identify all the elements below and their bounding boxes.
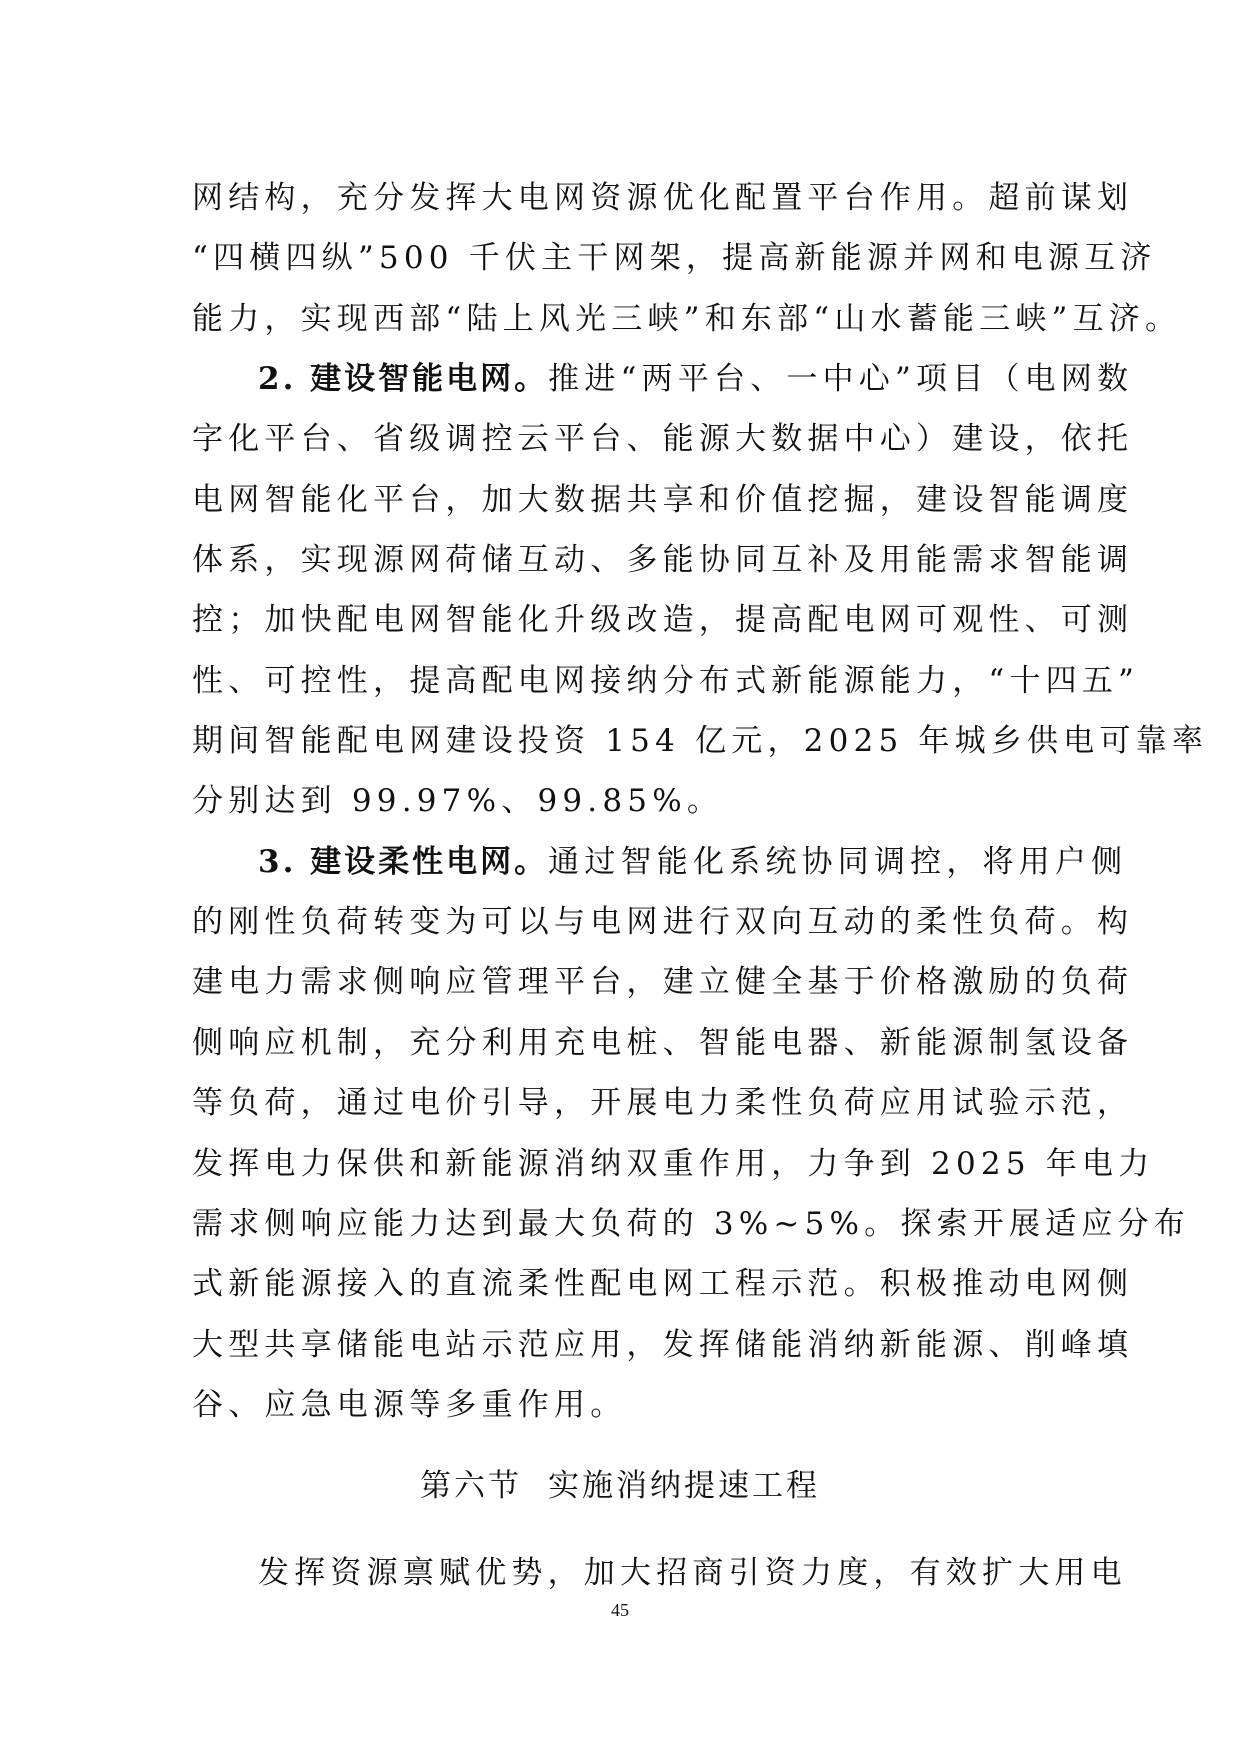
text-line: 控；加快配电网智能化升级改造，提高配电网可观性、可测: [192, 590, 1052, 650]
text-line: 发挥资源禀赋优势，加大招商引资力度，有效扩大用电: [258, 1553, 1127, 1593]
paragraph-lead-heading: 3. 建设柔性电网。: [258, 844, 548, 880]
text-line: 式新能源接入的直流柔性配电网工程示范。积极推动电网侧: [192, 1254, 1052, 1314]
text-span: 推进“两平台、一中心”项目（电网数: [548, 361, 1133, 397]
text-span: 通过智能化系统协同调控，将用户侧: [548, 844, 1127, 880]
text-line: 需求侧响应能力达到最大负荷的 3%~5%。探索开展适应分布: [192, 1194, 1052, 1254]
text-line: “四横四纵”500 千伏主干网架，提高新能源并网和电源互济: [192, 228, 1052, 288]
text-line: 字化平台、省级调控云平台、能源大数据中心）建设，依托: [192, 409, 1052, 469]
section-heading: 第六节实施消纳提速工程: [0, 1466, 1240, 1506]
paragraph-flexible-grid: 3. 建设柔性电网。通过智能化系统协同调控，将用户侧: [192, 832, 1052, 892]
paragraph-smart-grid: 2. 建设智能电网。推进“两平台、一中心”项目（电网数: [192, 349, 1052, 409]
text-line: 体系，实现源网荷储互动、多能协同互补及用能需求智能调: [192, 530, 1052, 590]
section-title: 实施消纳提速工程: [548, 1468, 820, 1504]
page-number: 45: [0, 1600, 1240, 1621]
text-line: 发挥电力保供和新能源消纳双重作用，力争到 2025 年电力: [192, 1134, 1052, 1194]
text-line: 性、可控性，提高配电网接纳分布式新能源能力，“十四五”: [192, 651, 1052, 711]
text-line: 的刚性负荷转变为可以与电网进行双向互动的柔性负荷。构: [192, 892, 1052, 952]
body-text: 网结构，充分发挥大电网资源优化配置平台作用。超前谋划 “四横四纵”500 千伏主…: [192, 168, 1052, 1435]
text-line: 侧响应机制，充分利用充电桩、智能电器、新能源制氢设备: [192, 1013, 1052, 1073]
text-line: 能力，实现西部“陆上风光三峡”和东部“山水蓄能三峡”互济。: [192, 289, 1052, 349]
text-line: 大型共享储能电站示范应用，发挥储能消纳新能源、削峰填: [192, 1315, 1052, 1375]
text-line: 电网智能化平台，加大数据共享和价值挖掘，建设智能调度: [192, 470, 1052, 530]
text-line: 分别达到 99.97%、99.85%。: [192, 771, 1052, 831]
text-line: 建电力需求侧响应管理平台，建立健全基于价格激励的负荷: [192, 952, 1052, 1012]
text-line: 期间智能配电网建设投资 154 亿元，2025 年城乡供电可靠率: [192, 711, 1052, 771]
document-page: 网结构，充分发挥大电网资源优化配置平台作用。超前谋划 “四横四纵”500 千伏主…: [0, 0, 1240, 1754]
section-number: 第六节: [420, 1468, 522, 1504]
text-line: 谷、应急电源等多重作用。: [192, 1375, 1052, 1435]
text-line: 等负荷，通过电价引导，开展电力柔性负荷应用试验示范，: [192, 1073, 1052, 1133]
paragraph-lead-heading: 2. 建设智能电网。: [258, 361, 548, 397]
text-line: 网结构，充分发挥大电网资源优化配置平台作用。超前谋划: [192, 168, 1052, 228]
